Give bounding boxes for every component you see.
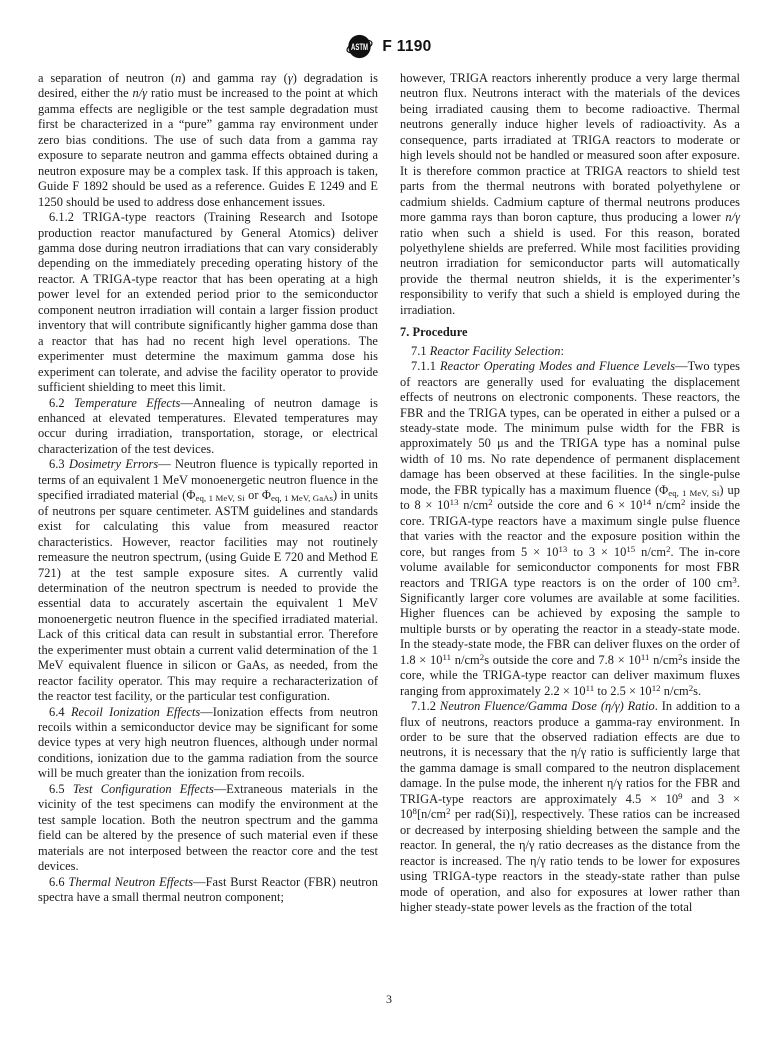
section-heading: 7. Procedure [400, 325, 740, 340]
paragraph: 6.6 Thermal Neutron Effects—Fast Burst R… [38, 875, 378, 906]
paragraph: 6.2 Temperature Effects—Annealing of neu… [38, 396, 378, 458]
paragraph: however, TRIGA reactors inherently produ… [400, 71, 740, 318]
svg-text:ASTM: ASTM [351, 42, 368, 53]
paragraph: 6.3 Dosimetry Errors— Neutron fluence is… [38, 457, 378, 704]
paragraph: a separation of neutron (n) and gamma ra… [38, 71, 378, 210]
paragraph: 7.1.2 Neutron Fluence/Gamma Dose (η/γ) R… [400, 699, 740, 915]
paragraph: 6.4 Recoil Ionization Effects—Ionization… [38, 705, 378, 782]
right-column: however, TRIGA reactors inherently produ… [400, 71, 740, 915]
document-page: ASTM F 1190 a separation of neutron (n) … [0, 0, 778, 1041]
paragraph: 6.1.2 TRIGA-type reactors (Training Rese… [38, 210, 378, 395]
paragraph: 7.1 Reactor Facility Selection: [400, 344, 740, 359]
astm-logo-icon: ASTM [346, 33, 373, 60]
document-body: a separation of neutron (n) and gamma ra… [38, 71, 740, 915]
paragraph: 7.1.1 Reactor Operating Modes and Fluenc… [400, 359, 740, 699]
page-footer: 3 [0, 992, 778, 1007]
page-header: ASTM F 1190 [0, 33, 778, 60]
left-column: a separation of neutron (n) and gamma ra… [38, 71, 378, 915]
document-number: F 1190 [382, 38, 431, 56]
page-number: 3 [386, 992, 392, 1006]
paragraph: 6.5 Test Configuration Effects—Extraneou… [38, 782, 378, 875]
